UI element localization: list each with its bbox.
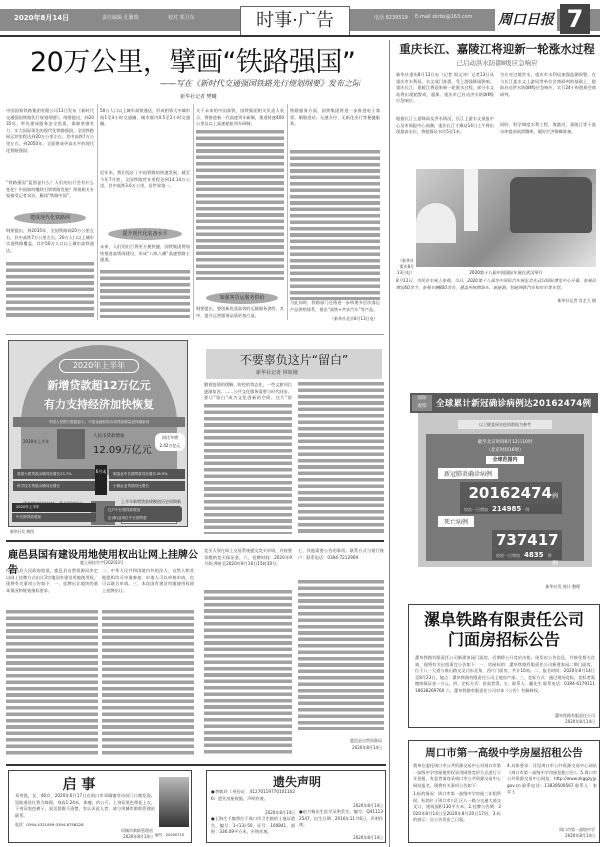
page-column-divider xyxy=(389,40,390,847)
deaths-label: 死亡病例 xyxy=(438,516,474,527)
row2-right: 小微企业贷款同比增长 xyxy=(109,481,185,491)
qishi-photo-no: 编号：20200715 xyxy=(155,833,184,838)
luyi-doc-no: 鹿土网挂告字[2020]3号 xyxy=(80,560,124,566)
covid-tag-2: 观察 xyxy=(418,404,427,409)
confirmed-unit: 例 xyxy=(552,493,558,500)
bottom-left: 中长期贷款增加 xyxy=(12,513,96,522)
text-block xyxy=(196,130,284,280)
text-block xyxy=(290,150,380,300)
luohe-title-1: 漯阜铁路有限责任公司 xyxy=(409,610,599,630)
covid-credit: 新华社发 统计 整理 xyxy=(500,584,580,590)
bottom-half-label: 2020年上半年 xyxy=(12,503,96,512)
subhead-equipment: 提升现代化装备水平 xyxy=(108,228,182,240)
school-body-b: 1.标的情况：周口市第一高级中学房屋三年租赁权，标的位于周口市川汇区八一路与交通… xyxy=(413,791,501,841)
luyi-signature: 鹿邑县自然资源局 xyxy=(298,738,382,744)
infographic-half-label: 2020年上半年 xyxy=(23,439,53,445)
text-block xyxy=(298,580,384,730)
flood-body-cont xyxy=(396,166,414,266)
newspaper-logo: 周口日报 xyxy=(495,9,557,31)
main-col2-b: 近年来，我们见证了中国铁路的快速发展。截至今年7月底，全国铁路营业里程达到14.… xyxy=(100,170,190,220)
main-col4-c: 与此同时，铁路部门还将进一步构建多层次客运产品供给体系，推出“高铁+共享汽车”等… xyxy=(290,300,380,314)
text-block xyxy=(298,382,384,534)
main-col2-a: 50万人口以上城市高铁通达，形成相邻大中城市间1至4小时交通圈、城市群内0.5至… xyxy=(100,108,190,168)
lost-title: 遗失声明 xyxy=(207,773,387,790)
flood-subheadline: 已启动洪水防御Ⅱ级应急响应 xyxy=(394,58,600,67)
deaths-delta: 4835 xyxy=(524,551,543,559)
lost-item-3: ●赵月杨出生医学证明丢失，编号：Q411132547，出生日期：2016年11月… xyxy=(299,809,383,835)
deaths-value: 737417 xyxy=(496,531,559,549)
deaths-delta-unit: 例 xyxy=(547,553,551,558)
bottom-right-1: 住户中长期贷款增加 xyxy=(108,508,140,512)
photo-text: 8月13日，市民在车展上参观。当日，2020第十八届华中国际汽车展览会在武汉国际… xyxy=(396,278,596,298)
month-badge: 6月末 xyxy=(95,465,107,495)
confirmed-value: 20162474 xyxy=(468,484,552,502)
main-subheadline: ——写在《新时代交通强国铁路先行规划纲要》发布之际 xyxy=(160,78,360,89)
text-block xyxy=(204,590,292,755)
lost-notice: 遗失声明 ●李敏玲（身份证：412701197701011026）遗失房屋收据，… xyxy=(206,770,386,843)
lost-date-3: 2020年8月14日 xyxy=(299,835,383,841)
luyi-body-d: 七、其他需要公告的事项。联系方式与银行账户：联系电话：0394-7212909 xyxy=(298,548,384,578)
main-dateline: （新华社北京8月13日电） xyxy=(330,316,378,322)
white-car-shape xyxy=(416,203,456,243)
confirmed-value-box: 20162474例 xyxy=(460,482,562,504)
photo-caption: 2020第十八届中国国际车展在武汉举行 xyxy=(416,270,596,276)
covid-time-2: （北京时间16时） xyxy=(426,447,584,453)
bottom-right-2: 企(事)业单位中长期贷款 xyxy=(108,516,147,520)
covid-tag: 国际观察 xyxy=(412,395,432,411)
covid-source: 以卫健委网站疫情数据为参考 xyxy=(458,420,552,429)
column-divider xyxy=(193,104,194,320)
luyi-body-b: 二、中华人民共和国境内外的法人、自然人和其他组织均可申请参加，申请人可以单独申请… xyxy=(102,568,194,608)
deaths-delta-row: 较前一日增加4835例 xyxy=(492,550,562,560)
section-title: 时事·广告 xyxy=(240,6,350,36)
confirmed-delta-label: 较前一日增加 xyxy=(464,507,488,512)
text-block xyxy=(6,262,94,318)
flood-headline: 重庆长江、嘉陵江将迎新一轮涨水过程 xyxy=(394,41,600,57)
luohe-body: 漯阜铁路有限责任公司新建家园门面房，近期将公开竞价出租。现发布公告信息，并接受相… xyxy=(415,655,595,711)
covid-tag-1: 国际 xyxy=(418,396,427,401)
lost-item-1: ●李敏玲（身份证：412701197701011026）遗失房屋收据，声明作废。 xyxy=(211,789,295,809)
text-block xyxy=(100,270,190,318)
infographic-title-1: 新增贷款超12万亿元 xyxy=(9,377,188,393)
luyi-body-c: 竞买人须在网上交易系统提交竞买申请，并按要求缴纳竞买保证金。六、挂牌时间：202… xyxy=(204,548,292,588)
covid-header: 国际观察 全球累计新冠确诊病例达20162474例 xyxy=(410,393,598,413)
section-divider xyxy=(6,334,384,335)
proofreader-credit: 校对 郭卫东 xyxy=(168,14,195,21)
infographic-year: 2020年上半年 xyxy=(59,359,139,373)
masthead-rule xyxy=(0,35,600,37)
auto-show-photo xyxy=(416,169,596,267)
text-block xyxy=(6,610,98,755)
deaths-delta-label: 较前一日增加 xyxy=(496,553,520,558)
school-body-a: 我单位委托周口市公共资源交易中心对周口市第一高级中学房屋使用权采用网络竞价方式进… xyxy=(413,763,501,791)
rmb-loans-value: 12.09万亿元 xyxy=(93,441,152,456)
bank-vault-icon xyxy=(57,429,85,459)
flood-dateline: （新华社重庆8月13日电） xyxy=(396,258,414,276)
school-notice: 周口市第一高级中学房屋招租公告 我单位委托周口市公共资源交易中心对周口市第一高级… xyxy=(408,740,600,843)
column-divider xyxy=(287,104,288,320)
yoy-value: 2.42万亿元 xyxy=(160,443,181,448)
second-headline: 不要辜负这片“留白” xyxy=(206,351,382,368)
main-headline: 20万公里，擘画“铁路强国” xyxy=(30,48,380,78)
contact-phone: 电话 8239519 xyxy=(374,14,408,21)
confirmed-delta-row: 较前一日增加214985例 xyxy=(460,504,562,514)
main-lead: 中国国家铁路集团有限公司13日发布《新时代交通强国铁路先行规划纲要》。纲要提出，… xyxy=(6,108,94,178)
section-divider xyxy=(6,540,384,542)
main-para2: “铁路强国”蓝图是什么？人们的出行会有什么变化？中国如何继续引领铁路发展？带着相… xyxy=(6,180,94,208)
editor-credit: 责任编辑 孔繁瑞 xyxy=(102,14,139,21)
school-title: 周口市第一高级中学房屋招租公告 xyxy=(409,745,599,760)
yoy-bubble: 同比多增2.42万亿元 xyxy=(155,433,185,451)
luyi-body-a: 经鹿邑县人民政府批准，鹿邑县自然资源局决定以网上挂牌方式出让3宗地国有建设用地使… xyxy=(6,568,98,608)
luyi-date: 2020年8月14日 xyxy=(298,745,382,751)
text-block xyxy=(102,610,194,755)
page-number: 7 xyxy=(560,4,590,34)
rmb-loans-label: 人民币贷款增加 xyxy=(93,433,125,439)
flood-body-c: 为应对过境洪水，重庆市水利局加强监测预警，在与长江委水文上游局等单位会商研判的基… xyxy=(500,72,596,120)
second-byline: 新华社记者 林如刚 xyxy=(256,369,298,376)
luohe-date: 2020年8月14日 xyxy=(509,719,595,725)
flood-body-b: 根据长江上游降雨及洪水情况，长江上游水文预报中心及市预报中心预测，重庆长江寸滩站… xyxy=(396,116,494,164)
covid-headline: 全球累计新冠确诊病例达20162474例 xyxy=(436,397,591,409)
row1-left: 普惠小微贷款余额同比增长23.7% xyxy=(13,469,95,479)
bottom-right: 住户中长期贷款增加企(事)业单位中长期贷款 xyxy=(104,506,182,522)
deaths-unit: 例 xyxy=(552,560,558,567)
qishi-notice: 启 事 邓秀凯，女，46岁，2020年6月17日在周口市邓城镇劳动局门口被发现。… xyxy=(8,770,192,843)
main-col3-c: 纲要提出，要创新优质高效的运输服务供给，其中，提升运营服务品质更加凸显。 xyxy=(196,306,284,320)
covid-time-1: 截至北京时间8月12日10时 xyxy=(426,439,584,445)
subhead-network: 建成现代化铁路网 xyxy=(14,212,86,224)
deaths-value-box: 737417例 xyxy=(492,530,562,550)
loans-infographic: 2020年上半年 新增贷款超12万亿元 有力支持经济加快恢复 中国人民银行数据显… xyxy=(8,340,188,527)
column-divider xyxy=(97,104,98,320)
photo-credit: 新华社记者 肖艺九 摄 xyxy=(500,298,596,304)
luohe-title-2: 门面房招标公告 xyxy=(409,630,599,650)
qishi-title: 启 事 xyxy=(9,774,149,794)
confirmed-delta: 214985 xyxy=(492,505,521,513)
lost-item-2: ●王海生不慎将位于周口市卫生路的土地证遗失，编号：1-(13)-50，证号：10… xyxy=(211,816,295,842)
infographic-band-top: 中国人民银行数据显示，中国金融机构各项贷款增量创同期新高 xyxy=(13,417,185,427)
covid-panel: 以卫健委网站疫情数据为参考 截至北京时间8月12日10时 （北京时间16时） 全… xyxy=(418,413,592,567)
row2-left: 科学技术贷款余额同比增长 xyxy=(13,481,95,491)
suv-shape xyxy=(510,177,592,233)
confirmed-delta-unit: 例 xyxy=(525,507,529,512)
contact-email: E-mail zkrbs@163.com xyxy=(415,14,472,20)
missing-person-photo xyxy=(159,777,189,827)
person-shape xyxy=(464,169,478,231)
flood-body-d: 同时，科学调度水利工程，海港河、嘉陵江等干流水库提前预泄腾库，做好拦洪错峰准备。 xyxy=(500,122,596,164)
school-date: 2020年8月14日 xyxy=(509,833,595,839)
flood-body-a: 新华社重庆8月13日电（记者 周文冲）记者13日从重庆市水利局、水文部门获悉，受… xyxy=(396,72,494,114)
section-divider xyxy=(6,764,386,766)
covid-scope: 全球范围内 xyxy=(486,456,524,464)
main-byline: 新华社记者 樊曦 xyxy=(180,93,217,100)
yoy-label: 同比多增 xyxy=(162,435,178,440)
qishi-body: 邓秀凯，女，46岁，2020年6月17日在周口市邓城镇劳动局门口被发现。贸助道驻… xyxy=(15,793,155,821)
subhead-service: 加强客货运服务供给 xyxy=(206,292,278,304)
main-col4-a: 铁路服务方面，国铁集团将进一步推进电子客票、刷脸进站、无感支付、无纸化出行等便捷… xyxy=(290,108,380,148)
text-block xyxy=(204,404,292,534)
luohe-notice: 漯阜铁路有限责任公司 门面房招标公告 漯阜铁路有限责任公司新建家园门面房，近期将… xyxy=(408,604,600,728)
confirmed-label: 新冠肺炎确诊病例 xyxy=(438,468,498,479)
infographic-title-2: 有力支持经济加快恢复 xyxy=(9,396,188,412)
second-body: 随着疫情的缓解，防控的常态化，一些文旅项目逐渐复苏。……公共文化服务需要与时代同… xyxy=(204,382,292,402)
issue-date: 2020年8月14日 xyxy=(14,13,69,23)
school-body-c: 4.具体要求：详见周口市公共资源交易中心网站《周口市第一高级中学房屋招租公告》。… xyxy=(507,763,597,825)
infographic-credit: 新华社发 制图 xyxy=(10,529,34,535)
row1-right: 制造业中长期贷款同比增长18.9% xyxy=(109,469,185,479)
masthead: 2020年8月14日 责任编辑 孔繁瑞 校对 郭卫东 时事·广告 电话 8239… xyxy=(0,0,600,40)
covid-inner: 截至北京时间8月12日10时 （北京时间16时） 全球范围内 新冠肺炎确诊病例 … xyxy=(426,434,584,561)
qishi-date: 2020年8月14日 xyxy=(69,834,153,840)
